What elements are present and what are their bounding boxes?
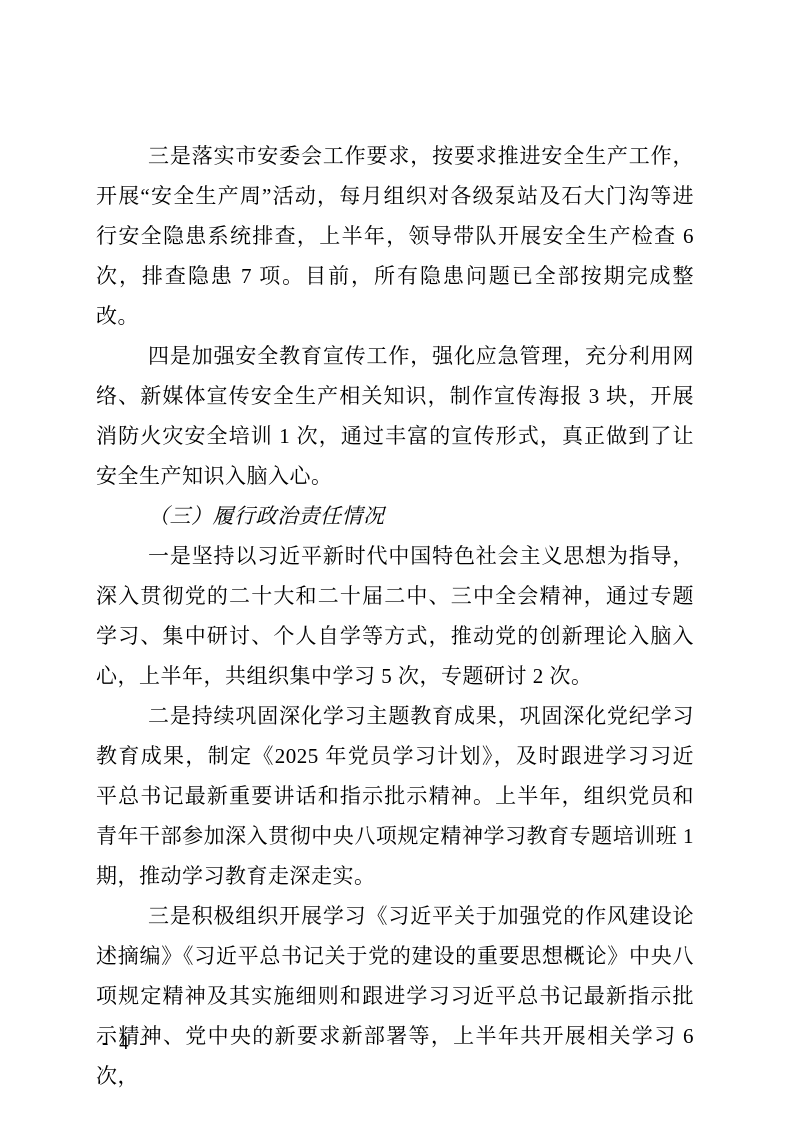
paragraph-safety-inspection: 三是落实市安委会工作要求，按要求推进安全生产工作，开展“安全生产周”活动，每月组… <box>96 136 694 336</box>
page-number: - 4 - <box>102 1030 149 1058</box>
paragraph-safety-education-publicity: 四是加强安全教育宣传工作，强化应急管理，充分利用网络、新媒体宣传安全生产相关知识… <box>96 336 694 496</box>
paragraph-work-style-study: 三是积极组织开展学习《习近平关于加强党的作风建设论述摘编》《习近平总书记关于党的… <box>96 896 694 1096</box>
section-heading-political-responsibility: （三）履行政治责任情况 <box>96 496 694 536</box>
document-body: 三是落实市安委会工作要求，按要求推进安全生产工作，开展“安全生产周”活动，每月组… <box>96 136 694 1096</box>
paragraph-education-consolidation: 二是持续巩固深化学习主题教育成果，巩固深化党纪学习教育成果，制定《2025 年党… <box>96 696 694 896</box>
paragraph-theory-study: 一是坚持以习近平新时代中国特色社会主义思想为指导，深入贯彻党的二十大和二十届二中… <box>96 536 694 696</box>
document-page: 三是落实市安委会工作要求，按要求推进安全生产工作，开展“安全生产周”活动，每月组… <box>0 0 793 1122</box>
